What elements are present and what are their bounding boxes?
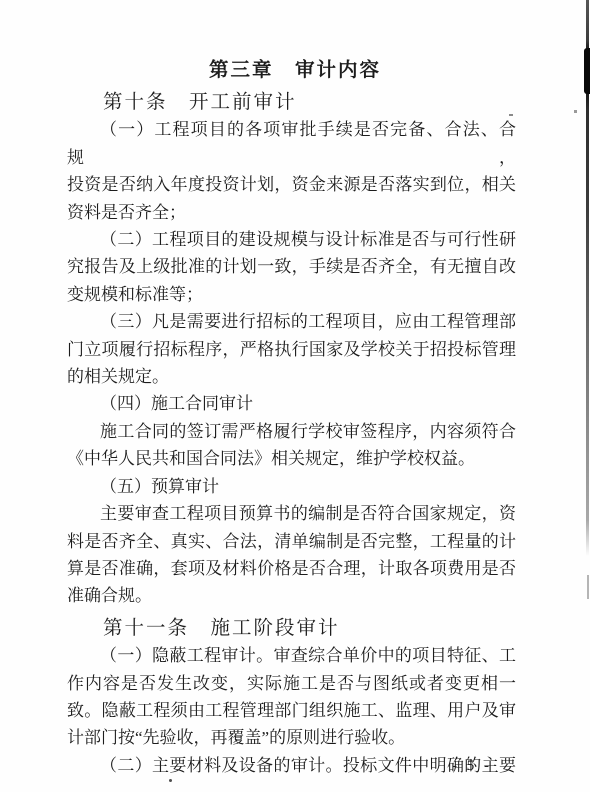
text-line: （二）工程项目的建设规模与设计标准是否与可行性研 [67, 226, 516, 253]
text-line: 第十一条 施工阶段审计 [67, 615, 516, 642]
text-line: 施工合同的签订需严格履行学校审签程序，内容须符合 [67, 418, 516, 445]
text-line: 的相关规定。 [67, 363, 516, 390]
scan-speck-right [509, 114, 513, 116]
text-line: 主要审查工程项目预算书的编制是否符合国家规定，资 [67, 500, 516, 527]
text-line: （三）凡是需要进行招标的工程项目，应由工程管理部 [67, 308, 516, 335]
text-line: 料是否齐全、真实、合法，清单编制是否完整，工程量的计 [67, 528, 516, 555]
text-line: 门立项履行招标程序，严格执行国家及学校关于招投标管理 [67, 336, 516, 363]
page-number: - 5 - [452, 758, 492, 775]
text-line: 作内容是否发生改变，实际施工是否与图纸或者变更相一 [67, 670, 516, 697]
scan-edge-blob [584, 48, 590, 94]
text-line: 准确合规。 [67, 582, 516, 609]
text-line: 《中华人民共和国合同法》相关规定，维护学校权益。 [67, 445, 516, 472]
text-line: （四）施工合同审计 [67, 390, 516, 417]
chapter-title: 第三章 审计内容 [0, 58, 590, 82]
text-line: 致。隐蔽工程须由工程管理部门组织施工、监理、用户及审 [67, 697, 516, 724]
document-page: 第三章 审计内容 第十条 开工前审计（一）工程项目的各项审批手续是否完备、合法、… [0, 0, 590, 792]
scan-speck-bottom [169, 779, 172, 782]
text-line: 资料是否齐全； [67, 199, 516, 226]
text-line: 投资是否纳入年度投资计划，资金来源是否落实到位，相关 [67, 171, 516, 198]
text-line: （五）预算审计 [67, 473, 516, 500]
text-line: 计部门按“先验收，再覆盖”的原则进行验收。 [67, 724, 516, 751]
text-line: （一）隐蔽工程审计。审查综合单价中的项目特征、工 [67, 642, 516, 669]
text-line: （二）主要材料及设备的审计。投标文件中明确的主要 [67, 752, 516, 779]
text-line: （一）工程项目的各项审批手续是否完备、合法、合规， [67, 116, 516, 171]
scan-edge-dash [587, 575, 589, 599]
scan-speck-edge [574, 110, 577, 113]
text-line: 究报告及上级批准的计划一致，手续是否齐全，有无擅自改 [67, 253, 516, 280]
text-line: 变规模和标准等； [67, 281, 516, 308]
document-body: 第十条 开工前审计（一）工程项目的各项审批手续是否完备、合法、合规，投资是否纳入… [67, 84, 516, 779]
text-line: 第十条 开工前审计 [67, 89, 516, 116]
text-line: 算是否准确，套项及材料价格是否合理，计取各项费用是否 [67, 555, 516, 582]
